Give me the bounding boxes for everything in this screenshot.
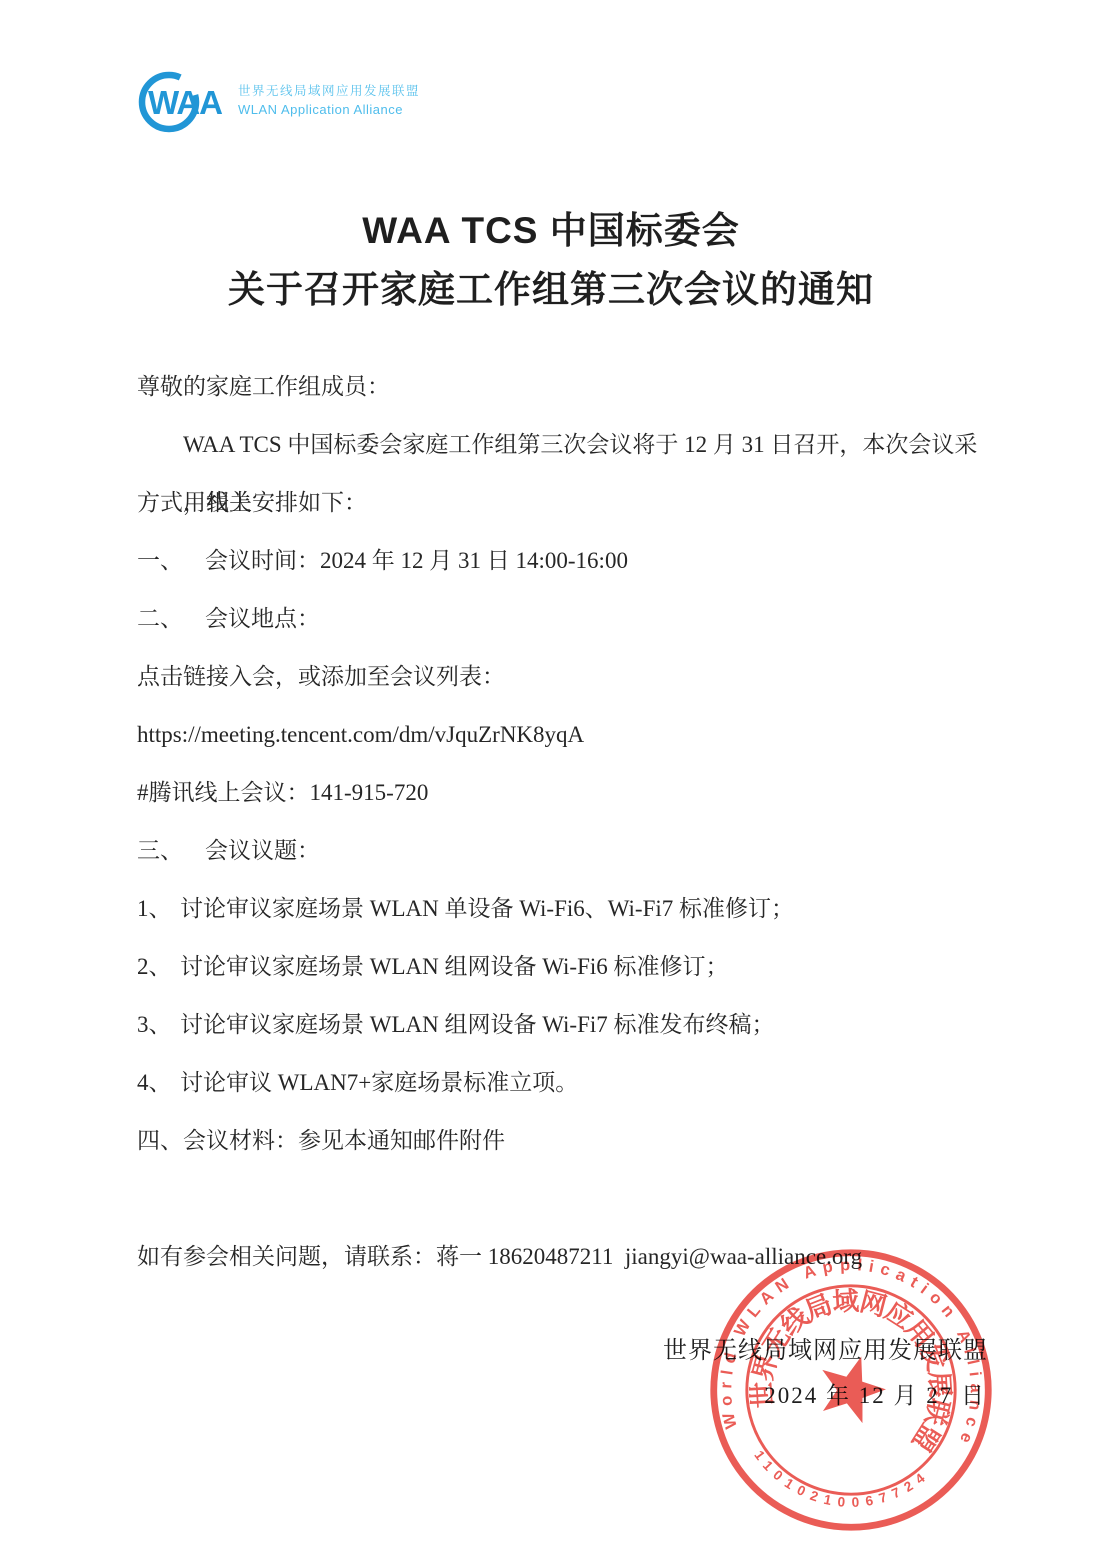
meeting-id-text: #腾讯线上会议：141-915-720 <box>137 780 428 805</box>
salutation-text: 尊敬的家庭工作组成员： <box>137 374 390 399</box>
agenda-item-3-text: 讨论审议家庭场景 WLAN 组网设备 Wi-Fi7 标准发布终稿； <box>180 1012 775 1037</box>
title-block: WAA TCS 中国标委会 关于召开家庭工作组第三次会议的通知 <box>0 206 1102 315</box>
section-4-text: 会议材料：参见本通知邮件附件 <box>183 1128 505 1153</box>
section-2-label: 二、 <box>137 590 205 648</box>
logo-cn-name: 世界无线局域网应用发展联盟 <box>238 83 420 98</box>
agenda-item-3-label: 3、 <box>137 996 180 1054</box>
meeting-link[interactable]: https://meeting.tencent.com/dm/vJquZrNK8… <box>137 722 584 747</box>
agenda-item-1: 1、讨论审议家庭场景 WLAN 单设备 Wi-Fi6、Wi-Fi7 标准修订； <box>137 880 997 938</box>
join-instruction: 点击链接入会，或添加至会议列表： <box>137 648 997 706</box>
section-4-label: 四、 <box>137 1112 183 1170</box>
agenda-item-2-label: 2、 <box>137 938 180 996</box>
section-1-label: 一、 <box>137 532 205 590</box>
agenda-item-3: 3、讨论审议家庭场景 WLAN 组网设备 Wi-Fi7 标准发布终稿； <box>137 996 997 1054</box>
agenda-item-1-label: 1、 <box>137 880 180 938</box>
intro-line-2-text: 方式，相关安排如下： <box>137 490 367 515</box>
section-3-text: 会议议题： <box>205 838 320 863</box>
agenda-item-4: 4、讨论审议 WLAN7+家庭场景标准立项。 <box>137 1054 997 1112</box>
section-3-label: 三、 <box>137 822 205 880</box>
section-3-agenda: 三、会议议题： <box>137 822 997 880</box>
document-title-line-2: 关于召开家庭工作组第三次会议的通知 <box>0 265 1102 315</box>
meeting-id-line: #腾讯线上会议：141-915-720 <box>137 764 997 822</box>
contact-text: 如有参会相关问题，请联系：蒋一 18620487211 jiangyi@waa-… <box>137 1244 862 1269</box>
join-instruction-text: 点击链接入会，或添加至会议列表： <box>137 664 505 689</box>
section-2-text: 会议地点： <box>205 606 320 631</box>
section-1-text: 会议时间：2024 年 12 月 31 日 14:00-16:00 <box>205 548 628 573</box>
section-1-time: 一、会议时间：2024 年 12 月 31 日 14:00-16:00 <box>137 532 997 590</box>
waa-logo: WAA 世界无线局域网应用发展联盟 WLAN Application Allia… <box>136 62 456 147</box>
logo-acronym: WAA <box>148 84 222 121</box>
blank-line <box>137 1170 997 1228</box>
agenda-item-2: 2、讨论审议家庭场景 WLAN 组网设备 Wi-Fi6 标准修订； <box>137 938 997 996</box>
signature-block: 世界无线局域网应用发展联盟 2024 年 12 月 27 日 <box>663 1338 988 1409</box>
contact-line: 如有参会相关问题，请联系：蒋一 18620487211 jiangyi@waa-… <box>137 1228 997 1286</box>
signature-date: 2024 年 12 月 27 日 <box>663 1383 988 1409</box>
document-page: WAA 世界无线局域网应用发展联盟 WLAN Application Allia… <box>0 0 1102 1559</box>
agenda-item-2-text: 讨论审议家庭场景 WLAN 组网设备 Wi-Fi6 标准修订； <box>180 954 729 979</box>
meeting-link-line: https://meeting.tencent.com/dm/vJquZrNK8… <box>137 706 997 764</box>
section-4-materials: 四、会议材料：参见本通知邮件附件 <box>137 1112 997 1170</box>
signature-org-name: 世界无线局域网应用发展联盟 <box>663 1338 988 1364</box>
seal-serial-number: 11010210067724 <box>746 1447 932 1521</box>
logo-en-name: WLAN Application Alliance <box>238 102 403 117</box>
agenda-item-4-label: 4、 <box>137 1054 180 1112</box>
notice-body: 尊敬的家庭工作组成员： WAA TCS 中国标委会家庭工作组第三次会议将于 12… <box>137 358 997 1286</box>
agenda-item-4-text: 讨论审议 WLAN7+家庭场景标准立项。 <box>180 1070 578 1095</box>
section-2-location: 二、会议地点： <box>137 590 997 648</box>
salutation: 尊敬的家庭工作组成员： <box>137 358 997 416</box>
intro-line-2: 方式，相关安排如下： <box>137 474 997 532</box>
intro-line-1: WAA TCS 中国标委会家庭工作组第三次会议将于 12 月 31 日召开，本次… <box>137 416 997 474</box>
agenda-item-1-text: 讨论审议家庭场景 WLAN 单设备 Wi-Fi6、Wi-Fi7 标准修订； <box>180 896 794 921</box>
document-title-line-1: WAA TCS 中国标委会 <box>0 206 1102 256</box>
